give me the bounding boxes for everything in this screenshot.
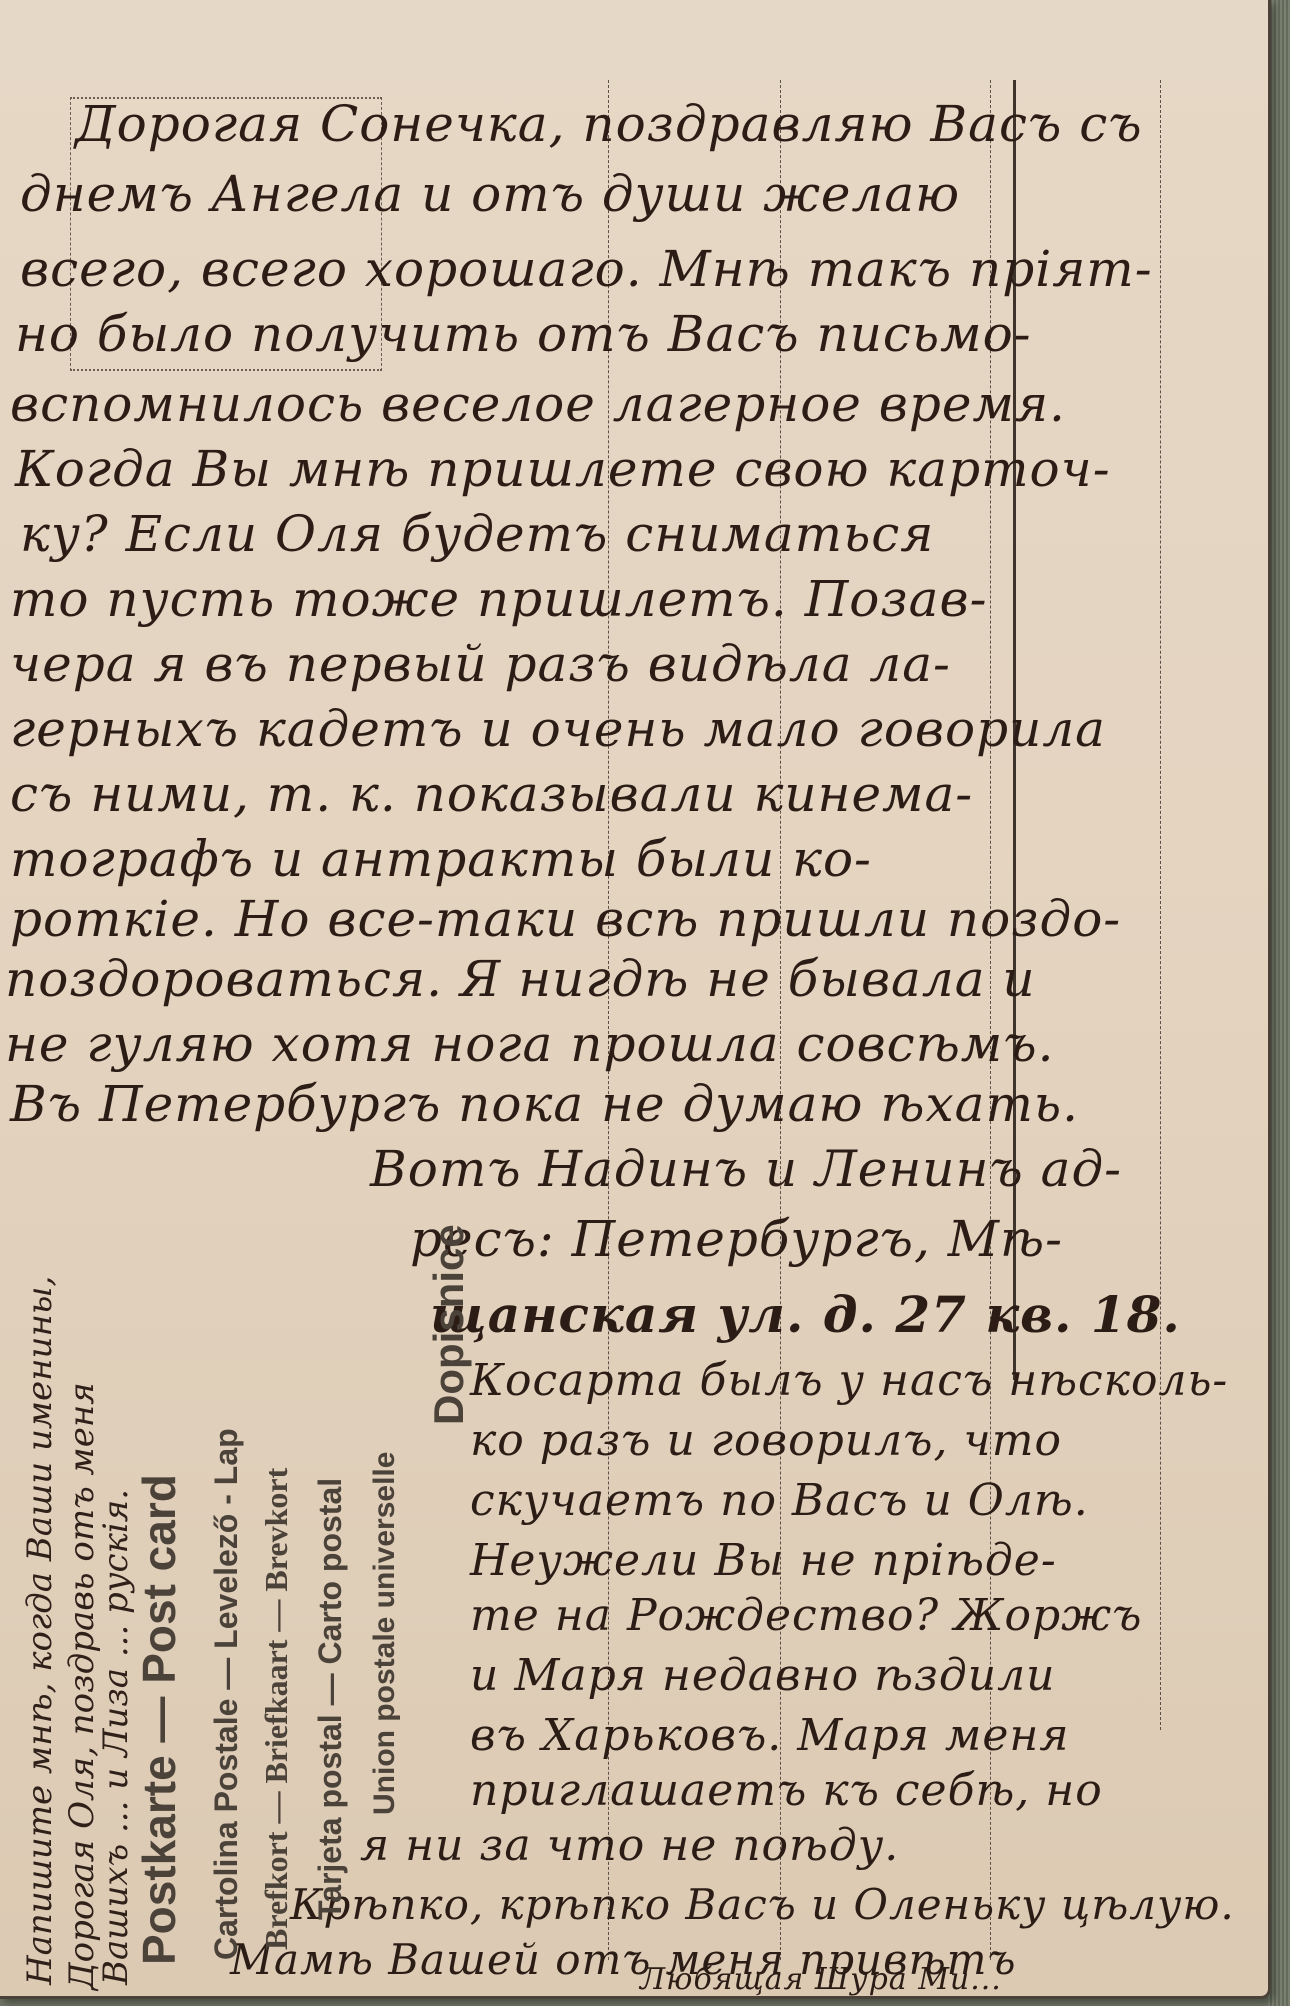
margin-note: Вашихъ ... и Лиза ... рускія. [96, 1489, 136, 1985]
address-line: ресъ: Петербургъ, Мѣ- [410, 1210, 1063, 1268]
letter-line: Неужели Вы не пріѣде- [470, 1535, 1057, 1586]
letter-line: въ Харьковъ. Маря меня [470, 1710, 1069, 1761]
address-line: Вотъ Надинъ и Ленинъ ад- [370, 1140, 1122, 1198]
printed-label-row2: Brefkort — Briefkaart — Brevkort [258, 1468, 295, 1950]
letter-line: ку? Если Оля будетъ сниматься [20, 505, 934, 563]
letter-line: не гуляю хотя нога прошла совсѣмъ. [5, 1015, 1054, 1073]
letter-line: всего, всего хорошаго. Мнѣ такъ пріят- [20, 240, 1153, 298]
postcard: Дорогая Сонечка, поздравляю Васъ съ днем… [0, 0, 1271, 1999]
letter-line: днемъ Ангела и отъ души желаю [20, 165, 960, 223]
letter-line: Въ Петербургъ пока не думаю ѣхать. [10, 1075, 1079, 1133]
margin-note: Напишите мнѣ, когда Ваши именины, [20, 1276, 60, 1985]
signature: Любящая Шура Ми... [640, 1962, 1002, 1997]
letter-line: ко разъ и говорилъ, что [470, 1415, 1062, 1466]
background-fabric [1268, 0, 1290, 2006]
postcard-title: Postkarte — Post card [132, 1474, 186, 1965]
letter-line: те на Рождество? Жоржъ [470, 1590, 1142, 1641]
letter-line: герныхъ кадетъ и очень мало говорила [10, 700, 1106, 758]
letter-line: Крѣпко, крѣпко Васъ и Оленьку цѣлую. [290, 1880, 1235, 1929]
divider-dashed-4 [1160, 80, 1161, 1730]
letter-line: Косарта былъ у насъ нѣсколь- [470, 1355, 1228, 1406]
letter-line: приглашаетъ къ себѣ, но [470, 1765, 1103, 1816]
letter-line: Когда Вы мнѣ пришлете свою карточ- [15, 440, 1111, 498]
printed-label-row3: Tarjeta postal — Carto postal [312, 1478, 349, 1920]
letter-line: чера я въ первый разъ видѣла ла- [10, 635, 951, 693]
printed-label-row5: Dopisnice [425, 1224, 473, 1425]
letter-line: тографъ и антракты были ко- [10, 830, 872, 888]
letter-line: роткіе. Но все-таки всѣ пришли поздо- [10, 890, 1121, 948]
letter-line: вспомнилось веселое лагерное время. [10, 375, 1066, 433]
letter-line: я ни за что не поѣду. [360, 1820, 899, 1871]
letter-line: скучаетъ по Васъ и Олѣ. [470, 1475, 1089, 1526]
letter-line: Дорогая Сонечка, поздравляю Васъ съ [75, 95, 1143, 153]
printed-label-row4: Union postale universelle [368, 1452, 402, 1815]
letter-line: поздороваться. Я нигдѣ не бывала и [5, 950, 1036, 1008]
letter-line: то пусть тоже пришлетъ. Позав- [10, 570, 988, 628]
address-line: щанская ул. д. 27 кв. 18. [430, 1285, 1181, 1344]
letter-line: съ ними, т. к. показывали кинема- [10, 765, 973, 823]
printed-label-row1: Cartolina Postale — Levelező - Lap [208, 1428, 245, 1960]
letter-line: но было получить отъ Васъ письмо- [15, 305, 1032, 363]
letter-line: и Маря недавно ѣздили [470, 1650, 1056, 1701]
